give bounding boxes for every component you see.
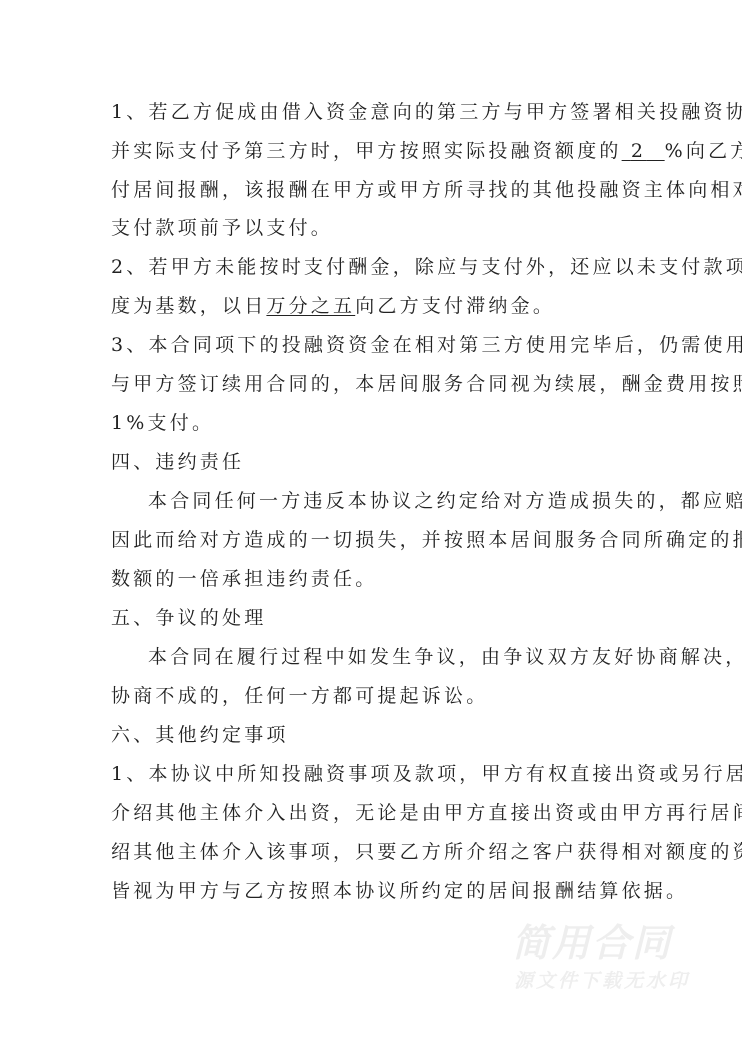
section-5-line-1: 本合同在履行过程中如发生争议，由争议双方友好协商解决，如 xyxy=(148,644,742,670)
clause-3-line-3: 1%支付。 xyxy=(111,410,214,436)
late-fee-rate: 万分之五 xyxy=(266,295,355,317)
clause-3-line-2: 与甲方签订续用合同的，本居间服务合同视为续展，酬金费用按照 xyxy=(111,371,742,397)
clause-1-line-2-text: 并实际支付予第三方时，甲方按照实际投融资额度的 xyxy=(111,140,622,162)
document-page: 1、若乙方促成由借入资金意向的第三方与甲方签署相关投融资协议， 并实际支付予第三… xyxy=(0,0,742,1049)
clause-1-line-2: 并实际支付予第三方时，甲方按照实际投融资额度的 2 %向乙方支 xyxy=(111,138,742,164)
section-4-line-1: 本合同任何一方违反本协议之约定给对方造成损失的，都应赔偿 xyxy=(148,488,742,514)
rate-blank: 2 xyxy=(622,138,665,164)
section-4-line-2: 因此而给对方造成的一切损失，并按照本居间服务合同所确定的报酬 xyxy=(111,527,742,553)
section-4-heading: 四、违约责任 xyxy=(111,449,244,475)
section-5-heading: 五、争议的处理 xyxy=(111,605,266,631)
clause-3-line-1: 3、本合同项下的投融资资金在相对第三方使用完毕后，仍需使用并 xyxy=(111,332,742,358)
clause-2-line-2-text: 度为基数，以日 xyxy=(111,295,266,317)
rate-value: 2 xyxy=(631,140,646,162)
clause-2-line-2-tail: 向乙方支付滞纳金。 xyxy=(355,295,555,317)
clause-2-line-2: 度为基数，以日万分之五向乙方支付滞纳金。 xyxy=(111,293,555,319)
clause-1-line-1: 1、若乙方促成由借入资金意向的第三方与甲方签署相关投融资协议， xyxy=(111,99,742,125)
clause-2-line-1: 2、若甲方未能按时支付酬金，除应与支付外，还应以未支付款项额 xyxy=(111,254,742,280)
section-4-line-3: 数额的一倍承担违约责任。 xyxy=(111,566,377,592)
clause-1-line-3: 付居间报酬，该报酬在甲方或甲方所寻找的其他投融资主体向相对人 xyxy=(111,177,742,203)
watermark-title: 简用合同 xyxy=(512,912,672,967)
section-6-line-3: 绍其他主体介入该事项，只要乙方所介绍之客户获得相对额度的资金， xyxy=(111,839,742,865)
section-5-line-2: 协商不成的，任何一方都可提起诉讼。 xyxy=(111,683,488,709)
clause-1-line-4: 支付款项前予以支付。 xyxy=(111,215,333,241)
clause-1-line-2-tail: %向乙方支 xyxy=(665,140,742,162)
section-6-line-1: 1、本协议中所知投融资事项及款项，甲方有权直接出资或另行居间 xyxy=(111,761,742,787)
section-6-line-2: 介绍其他主体介入出资，无论是由甲方直接出资或由甲方再行居间介 xyxy=(111,800,742,826)
watermark-subtitle: 源文件下载无水印 xyxy=(514,966,690,993)
section-6-line-4: 皆视为甲方与乙方按照本协议所约定的居间报酬结算依据。 xyxy=(111,878,688,904)
section-6-heading: 六、其他约定事项 xyxy=(111,722,289,748)
